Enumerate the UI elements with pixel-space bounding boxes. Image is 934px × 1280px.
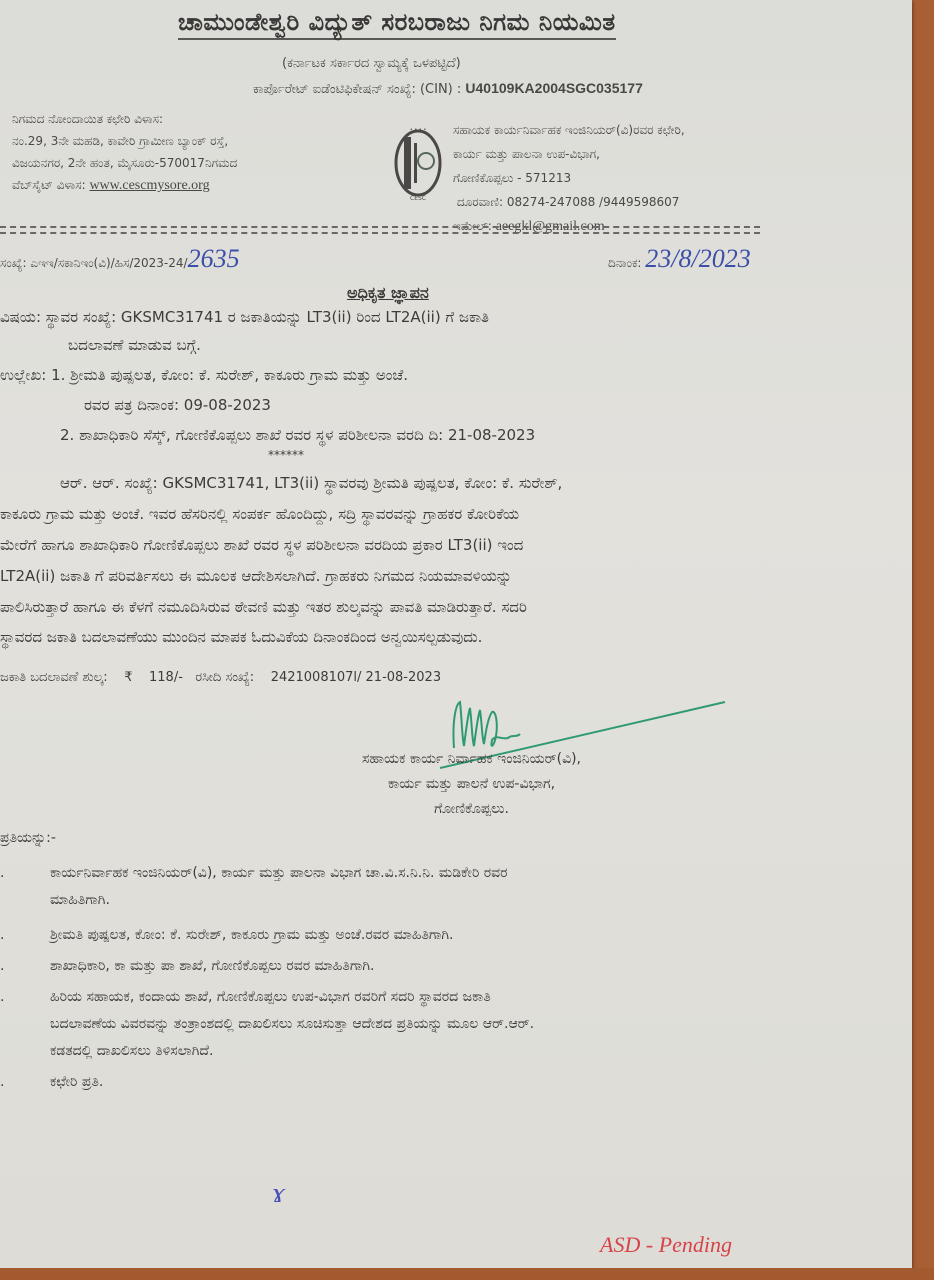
registered-office-address: ನಿಗಮದ ನೋಂದಾಯಿತ ಕಛೇರಿ ವಿಳಾಸ: ನಂ.29, 3ನೇ ಮ… bbox=[12, 108, 237, 197]
copy-item: .ಹಿರಿಯ ಸಹಾಯಕ, ಕಂದಾಯ ಶಾಖೆ, ಗೋಣಿಕೊಪ್ಪಲು ಉಪ… bbox=[0, 984, 534, 1011]
signatory-division: ಕಾರ್ಯ ಮತ್ತು ಪಾಲನೆ ಉಪ-ವಿಭಾಗ, bbox=[362, 772, 581, 797]
body-line: ಆರ್. ಆರ್. ಸಂಖ್ಯೆ: GKSMC31741, LT3(ii) ಸ್… bbox=[60, 474, 562, 492]
copy-text: ಕಛೇರಿ ಪ್ರತಿ. bbox=[50, 1074, 103, 1090]
phone-number: 08274-247088 /9449598607 bbox=[507, 195, 680, 209]
reference-item-1: ಉಲ್ಲೇಖ: 1. ಶ್ರೀಮತಿ ಪುಷ್ಪಲತ, ಕೋಂ: ಕೆ. ಸುರ… bbox=[0, 366, 408, 384]
reference-list-label: ಉಲ್ಲೇಖ: bbox=[0, 366, 46, 384]
desk-surface bbox=[0, 1268, 934, 1280]
fee-amount: 118/- bbox=[149, 670, 183, 685]
cin-value: U40109KA2004SGC035177 bbox=[465, 80, 642, 96]
copy-item-cont: ಕಡತದಲ್ಲಿ ದಾಖಲಿಸಲು ತಿಳಿಸಲಾಗಿದೆ. bbox=[0, 1038, 534, 1065]
subject-text: ಸ್ಥಾವರ ಸಂಖ್ಯೆ: GKSMC31741 ರ ಜಕಾತಿಯನ್ನು L… bbox=[46, 308, 489, 326]
body-line: ಸ್ಥಾವರದ ಜಕಾತಿ ಬದಲಾವಣೆಯು ಮುಂದಿನ ಮಾಪಕ ಓದುವ… bbox=[0, 628, 482, 646]
receipt-value: 2421008107l/ 21-08-2023 bbox=[271, 670, 441, 685]
copy-item: .ಕಛೇರಿ ಪ್ರತಿ. bbox=[0, 1069, 534, 1096]
subject-label: ವಿಷಯ: bbox=[0, 308, 41, 326]
copy-item-cont: ಬದಲಾವಣೆಯ ವಿವರವನ್ನು ತಂತ್ರಾಂಶದಲ್ಲಿ ದಾಖಲಿಸಲ… bbox=[0, 1011, 534, 1038]
reference-handwritten: 2635 bbox=[188, 244, 240, 273]
copy-text: ಮಾಹಿತಿಗಾಗಿ. bbox=[50, 892, 110, 908]
copies-list: .ಕಾರ್ಯನಿರ್ವಾಹಕ ಇಂಜಿನಿಯರ್(ವಿ), ಕಾರ್ಯ ಮತ್ತ… bbox=[0, 860, 534, 1096]
date-label: ದಿನಾಂಕ: bbox=[608, 256, 641, 270]
website-link[interactable]: www.cescmysore.org bbox=[89, 178, 209, 193]
subject-line-1: ವಿಷಯ: ಸ್ಥಾವರ ಸಂಖ್ಯೆ: GKSMC31741 ರ ಜಕಾತಿಯ… bbox=[0, 308, 489, 326]
copy-text: ಬದಲಾವಣೆಯ ವಿವರವನ್ನು ತಂತ್ರಾಂಶದಲ್ಲಿ ದಾಖಲಿಸಲ… bbox=[50, 1016, 534, 1032]
address-line: ನಂ.29, 3ನೇ ಮಹಡಿ, ಕಾವೇರಿ ಗ್ರಾಮೀಣ ಬ್ಯಾಂಕ್ … bbox=[12, 130, 237, 152]
phone-line: ದೂರವಾಣಿ: 08274-247088 /9449598607 bbox=[453, 190, 685, 214]
red-handwritten-note: ASD - Pending bbox=[600, 1232, 732, 1258]
org-subtitle: (ಕರ್ನಾಟಕ ಸರ್ಕಾರದ ಸ್ವಾಮ್ಯಕ್ಕೆ ಒಳಪಟ್ಟಿದೆ) bbox=[282, 56, 461, 71]
fee-line: ಜಕಾತಿ ಬದಲಾವಣೆ ಶುಲ್ಕ: ₹ 118/- ರಸೀದಿ ಸಂಖ್ಯ… bbox=[0, 670, 441, 685]
copy-text: ಹಿರಿಯ ಸಹಾಯಕ, ಕಂದಾಯ ಶಾಖೆ, ಗೋಣಿಕೊಪ್ಪಲು ಉಪ-… bbox=[50, 989, 491, 1005]
date-handwritten: 23/8/2023 bbox=[645, 244, 750, 273]
copy-item: .ಶ್ರೀಮತಿ ಪುಷ್ಪಲತ, ಕೋಂ: ಕೆ. ಸುರೇಶ್, ಕಾಕೂರ… bbox=[0, 922, 534, 949]
reference-item-1-cont: ರವರ ಪತ್ರ ದಿನಾಂಕ: 09-08-2023 bbox=[84, 396, 271, 414]
address-line: ಸಹಾಯಕ ಕಾರ್ಯನಿರ್ವಾಹಕ ಇಂಜಿನಿಯರ್(ವಿ)ರವರ ಕಛೇ… bbox=[453, 118, 685, 142]
document-page: ಚಾಮುಂಡೇಶ್ವರಿ ವಿದ್ಯುತ್ ಸರಬರಾಜು ನಿಗಮ ನಿಯಮಿ… bbox=[0, 0, 912, 1268]
copy-item-cont: ಮಾಹಿತಿಗಾಗಿ. bbox=[0, 887, 534, 914]
signatory-location: ಗೋಣಿಕೊಪ್ಪಲು. bbox=[362, 797, 581, 822]
copy-text: ಕಡತದಲ್ಲಿ ದಾಖಲಿಸಲು ತಿಳಿಸಲಾಗಿದೆ. bbox=[50, 1043, 213, 1059]
signatory-block: ಸಹಾಯಕ ಕಾರ್ಯ ನಿರ್ವಾಹಕ ಇಂಜಿನಿಯರ್(ವಿ), ಕಾರ್… bbox=[362, 747, 581, 822]
reference-number: ಸಂಖ್ಯೆ: ಎಇಇ/ಸಕಾನಿಇಂ(ವಿ)/ಹಿಸ/2023-24/2635 bbox=[0, 244, 240, 274]
signatory-title: ಸಹಾಯಕ ಕಾರ್ಯ ನಿರ್ವಾಹಕ ಇಂಜಿನಿಯರ್(ವಿ), bbox=[362, 747, 581, 772]
cin-line: ಕಾರ್ಪೊರೇಟ್ ಐಡೆಂಟಿಫಿಕೇಷನ್ ಸಂಖ್ಯೆ: (CIN) :… bbox=[253, 80, 643, 97]
org-name: ಚಾಮುಂಡೇಶ್ವರಿ ವಿದ್ಯುತ್ ಸರಬರಾಜು ನಿಗಮ ನಿಯಮಿ… bbox=[178, 8, 616, 40]
website-line: ವೆಬ್‌ಸೈಟ್ ವಿಳಾಸ: www.cescmysore.org bbox=[12, 174, 237, 197]
reference-text: 1. ಶ್ರೀಮತಿ ಪುಷ್ಪಲತ, ಕೋಂ: ಕೆ. ಸುರೇಶ್, ಕಾಕ… bbox=[51, 366, 408, 384]
reference-item-2: 2. ಶಾಖಾಧಿಕಾರಿ ಸೆಸ್ಕ್, ಗೋಣಿಕೊಪ್ಪಲು ಶಾಖೆ ರ… bbox=[60, 426, 535, 444]
website-label: ವೆಬ್‌ಸೈಟ್ ವಿಳಾಸ: bbox=[12, 178, 86, 192]
copy-item: .ಶಾಖಾಧಿಕಾರಿ, ಕಾ ಮತ್ತು ಪಾ ಶಾಖೆ, ಗೋಣಿಕೊಪ್ಪ… bbox=[0, 953, 534, 980]
copy-text: ಶಾಖಾಧಿಕಾರಿ, ಕಾ ಮತ್ತು ಪಾ ಶಾಖೆ, ಗೋಣಿಕೊಪ್ಪಲ… bbox=[50, 958, 374, 974]
blue-pen-mark: ɤ bbox=[272, 1178, 285, 1210]
fee-label: ಜಕಾತಿ ಬದಲಾವಣೆ ಶುಲ್ಕ: bbox=[0, 670, 108, 685]
document-heading: ಅಧಿಕೃತ ಜ್ಞಾಪನ bbox=[347, 283, 429, 303]
cesc-logo-icon: • • • • CESC bbox=[392, 123, 444, 201]
copy-text: ಕಾರ್ಯನಿರ್ವಾಹಕ ಇಂಜಿನಿಯರ್(ವಿ), ಕಾರ್ಯ ಮತ್ತು… bbox=[50, 865, 508, 881]
body-line: ಮೇರೆಗೆ ಹಾಗೂ ಶಾಖಾಧಿಕಾರಿ ಗೋಣಿಕೊಪ್ಪಲು ಶಾಖೆ … bbox=[0, 536, 523, 554]
svg-text:• • • •: • • • • bbox=[410, 127, 427, 133]
divider bbox=[0, 232, 760, 234]
body-line: ಪಾಲಿಸಿರುತ್ತಾರೆ ಹಾಗೂ ಈ ಕೆಳಗೆ ನಮೂದಿಸಿರುವ ಠ… bbox=[0, 598, 527, 616]
reference-label: ಸಂಖ್ಯೆ: ಎಇಇ/ಸಕಾನಿಇಂ(ವಿ)/ಹಿಸ/2023-24/ bbox=[0, 256, 188, 270]
body-line: LT2A(ii) ಜಕಾತಿ ಗೆ ಪರಿವರ್ತಿಸಲು ಈ ಮೂಲಕ ಆದೇ… bbox=[0, 567, 512, 585]
address-line: ಗೋಣಿಕೊಪ್ಪಲು - 571213 bbox=[453, 166, 685, 190]
divider bbox=[0, 226, 760, 228]
office-address: ಸಹಾಯಕ ಕಾರ್ಯನಿರ್ವಾಹಕ ಇಂಜಿನಿಯರ್(ವಿ)ರವರ ಕಛೇ… bbox=[453, 118, 685, 239]
copy-text: ಶ್ರೀಮತಿ ಪುಷ್ಪಲತ, ಕೋಂ: ಕೆ. ಸುರೇಶ್, ಕಾಕೂರು… bbox=[50, 927, 454, 943]
rupee-icon: ₹ bbox=[124, 670, 132, 685]
separator-stars: ****** bbox=[268, 448, 304, 462]
reference-date: ದಿನಾಂಕ: 23/8/2023 bbox=[608, 244, 751, 274]
cin-label: ಕಾರ್ಪೊರೇಟ್ ಐಡೆಂಟಿಫಿಕೇಷನ್ ಸಂಖ್ಯೆ: (CIN) : bbox=[253, 82, 461, 97]
svg-text:CESC: CESC bbox=[410, 195, 426, 201]
phone-label: ದೂರವಾಣಿ: bbox=[457, 195, 503, 209]
copy-item: .ಕಾರ್ಯನಿರ್ವಾಹಕ ಇಂಜಿನಿಯರ್(ವಿ), ಕಾರ್ಯ ಮತ್ತ… bbox=[0, 860, 534, 887]
body-line: ಕಾಕೂರು ಗ್ರಾಮ ಮತ್ತು ಅಂಚೆ. ಇವರ ಹೆಸರಿನಲ್ಲಿ … bbox=[0, 505, 519, 523]
copies-label: ಪ್ರತಿಯನ್ನು:- bbox=[0, 830, 56, 846]
receipt-label: ರಸೀದಿ ಸಂಖ್ಯೆ: bbox=[195, 670, 254, 685]
address-line: ವಿಜಯನಗರ, 2ನೇ ಹಂತ, ಮೈಸೂರು-570017ನಿಗಮದ bbox=[12, 152, 237, 174]
subject-line-2: ಬದಲಾವಣೆ ಮಾಡುವ ಬಗ್ಗೆ. bbox=[68, 336, 201, 354]
address-line: ಕಾರ್ಯ ಮತ್ತು ಪಾಲನಾ ಉಪ-ವಿಭಾಗ, bbox=[453, 142, 685, 166]
address-line: ನಿಗಮದ ನೋಂದಾಯಿತ ಕಛೇರಿ ವಿಳಾಸ: bbox=[12, 108, 237, 130]
